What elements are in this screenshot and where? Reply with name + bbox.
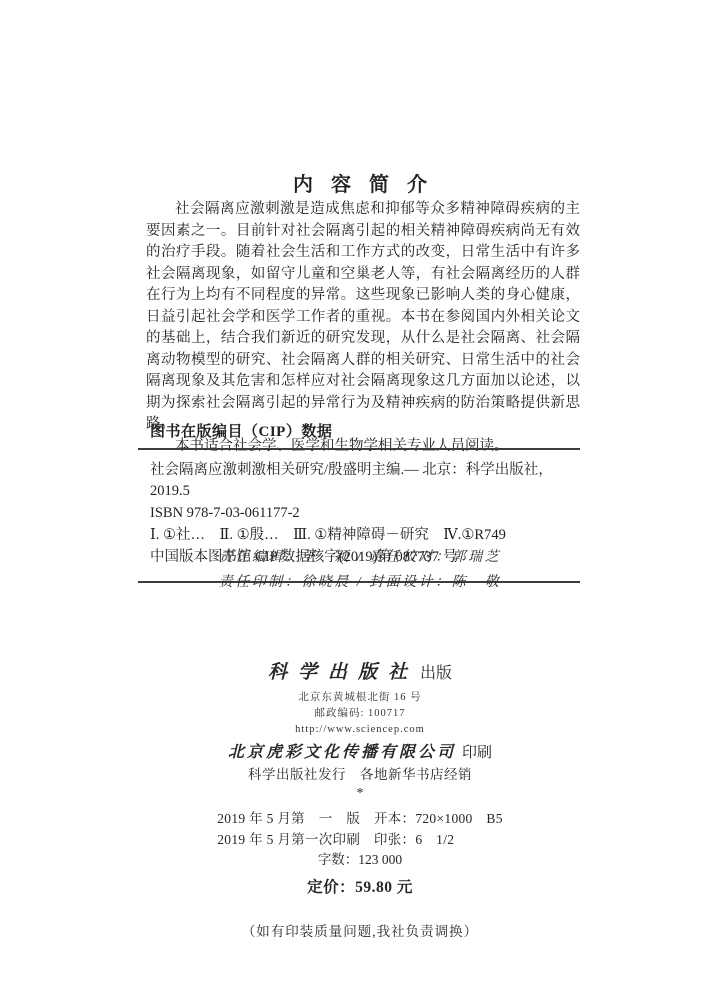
print-info-lines: 2019 年 5 月第 一 版 开本：720×1000 B5 2019 年 5 …: [217, 808, 503, 850]
publisher-address: 北京东黄城根北街 16 号: [0, 690, 720, 706]
asterisk-divider: *: [0, 787, 720, 801]
publisher-name: 科学出版社: [268, 662, 418, 683]
edition-line: 2019 年 5 月第 一 版 开本：720×1000 B5: [217, 808, 503, 829]
staff-credits: 责任编辑：王 颖 / 责任校对：郭瑞芝 责任印制：徐晓晨 / 封面设计：陈 敬: [0, 545, 720, 595]
quality-note: （如有印装质量问题,我社负责调换）: [0, 920, 720, 940]
page-title: 内容简介: [0, 168, 720, 197]
printer-suffix: 印刷: [462, 745, 492, 761]
intro-section: 社会隔离应激刺激是造成焦虑和抑郁等众多精神障碍疾病的主要因素之一。目前针对社会隔…: [146, 199, 580, 457]
publisher-postcode: 邮政编码: 100717: [0, 706, 720, 722]
colophon: 科学出版社出版 北京东黄城根北街 16 号 邮政编码: 100717 http:…: [0, 662, 720, 940]
cip-heading: 图书在版编目（CIP）数据: [138, 420, 580, 450]
cip-isbn-line: ISBN 978-7-03-061177-2: [150, 503, 580, 524]
staff-line-editors: 责任编辑：王 颖 / 责任校对：郭瑞芝: [0, 545, 720, 570]
publisher-name-suffix: 出版: [420, 665, 452, 682]
printer-name: 北京虎彩文化传播有限公司: [228, 744, 456, 761]
staff-line-printing-design: 责任印制：徐晓晨 / 封面设计：陈 敬: [0, 570, 720, 595]
printer-line: 北京虎彩文化传播有限公司印刷: [0, 743, 720, 763]
publisher-url: http://www.sciencep.com: [0, 722, 720, 738]
publisher-name-line: 科学出版社出版: [0, 662, 720, 685]
price-line: 定价：59.80 元: [0, 875, 720, 897]
intro-paragraph: 社会隔离应激刺激是造成焦虑和抑郁等众多精神障碍疾病的主要因素之一。目前针对社会隔…: [146, 199, 580, 436]
cip-title-line: 社会隔离应激刺激相关研究/殷盛明主编.— 北京：科学出版社，2019.5: [150, 460, 580, 502]
book-copyright-page: 内容简介 社会隔离应激刺激是造成焦虑和抑郁等众多精神障碍疾病的主要因素之一。目前…: [0, 0, 720, 1000]
distribution-line: 科学出版社发行 各地新华书店经销: [0, 766, 720, 784]
impression-line: 2019 年 5 月第一次印刷 印张：6 1/2: [217, 829, 503, 850]
word-count-line: 字数：123 000: [0, 850, 720, 869]
cip-classification-line: Ⅰ. ①社… Ⅱ. ①殷… Ⅲ. ①精神障碍－研究 Ⅳ.①R749: [150, 525, 580, 546]
